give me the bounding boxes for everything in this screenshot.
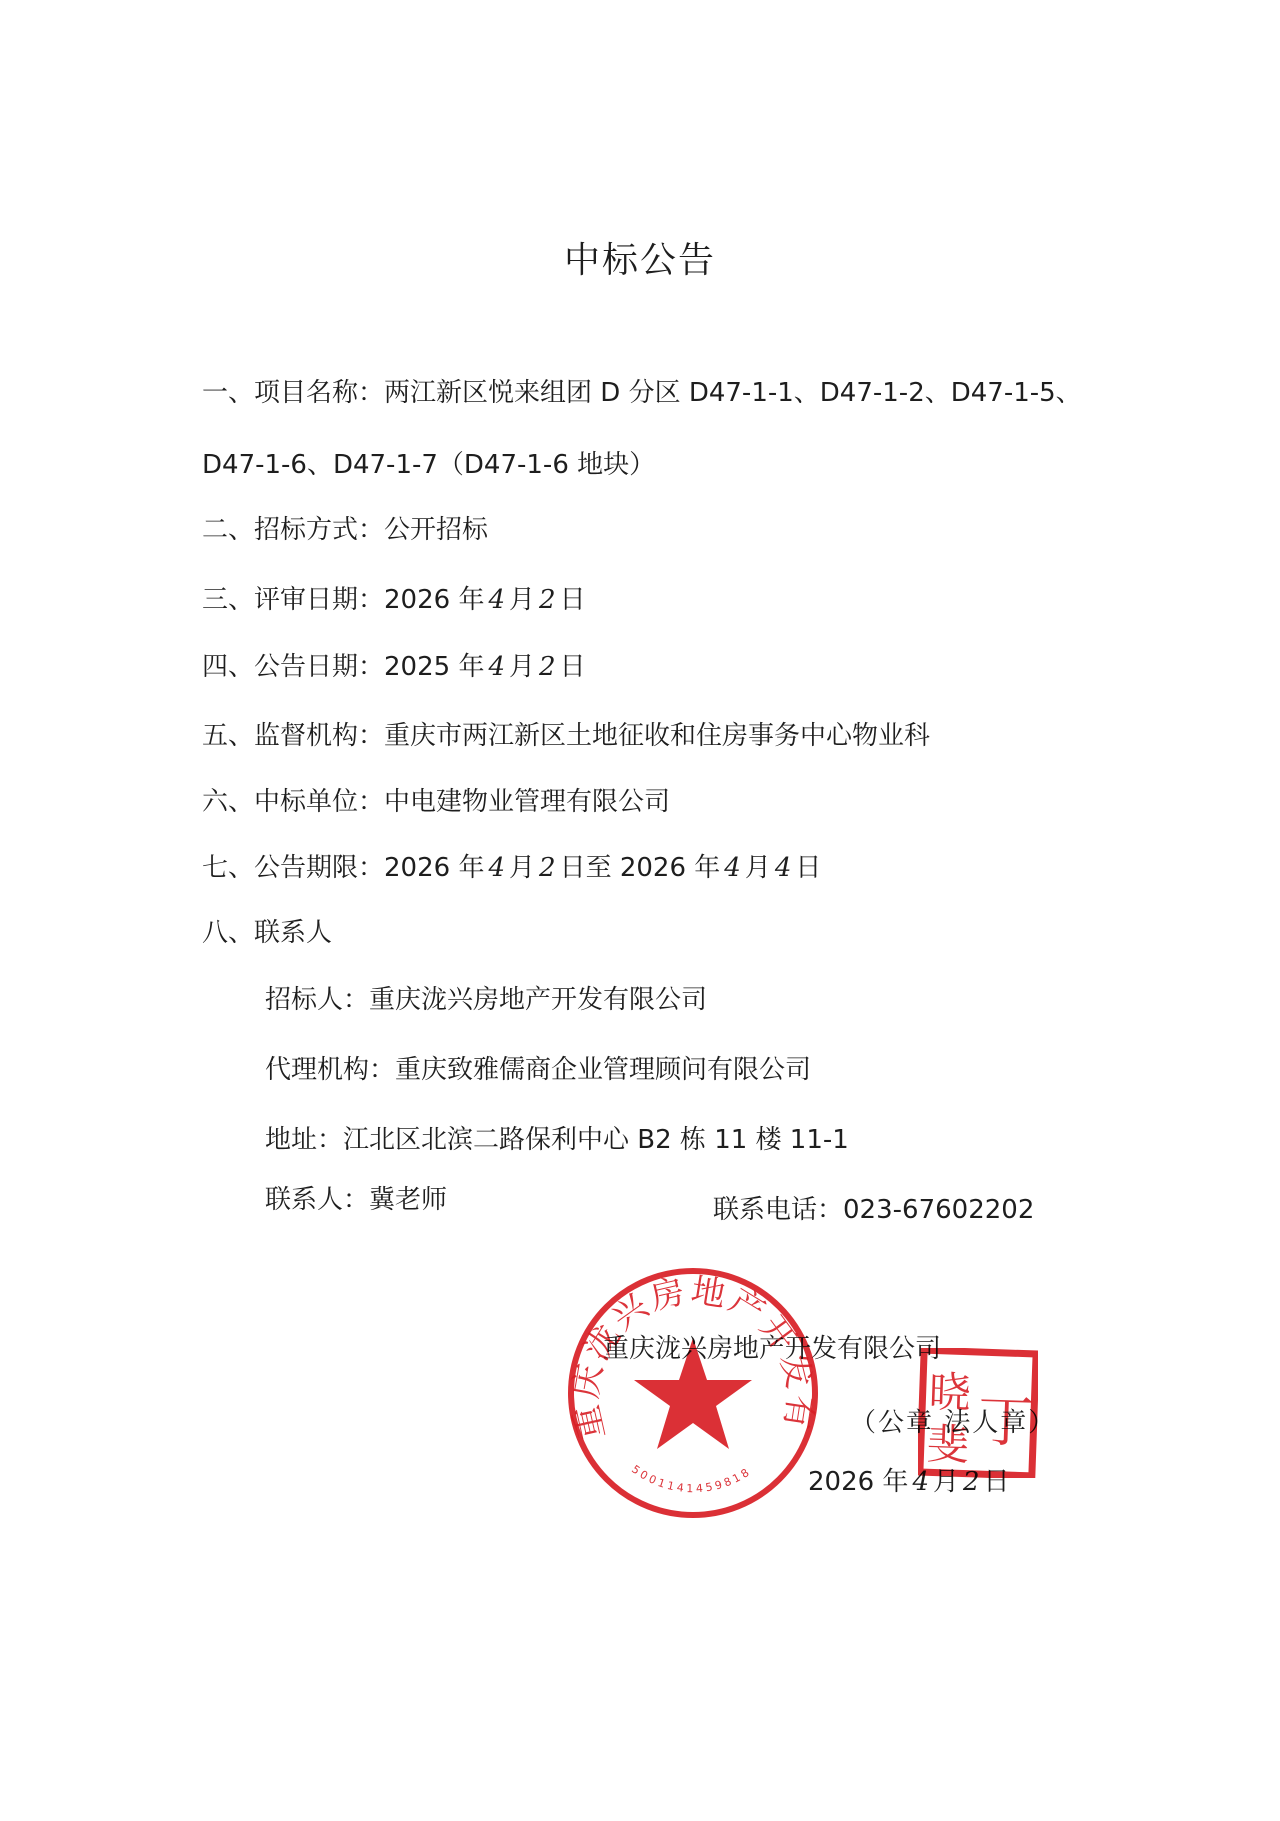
contact-value: 冀老师 <box>369 1185 447 1215</box>
square-seal-char-1: 晓 <box>928 1367 972 1417</box>
page-title: 中标公告 <box>0 232 1280 283</box>
company-seal-icon: 重庆泷兴房地产开发有限公司 5001141459818 <box>566 1266 820 1520</box>
item-review-date: 三、评审日期：2026 年4月2日 <box>202 584 586 616</box>
item-contacts-heading: 八、联系人 <box>202 917 332 949</box>
handwritten-month: 4 <box>484 651 509 683</box>
item-value: 公开招标 <box>384 515 488 545</box>
item-tender-method: 二、招标方式：公开招标 <box>202 514 488 546</box>
contact-phone: 联系电话：023-67602202 <box>713 1194 1034 1226</box>
item-label: 八、联系人 <box>202 918 332 948</box>
day-unit: 日 <box>795 853 821 883</box>
square-seal-char-3: 丁 <box>977 1389 1035 1456</box>
contact-value: 江北区北滨二路保利中心 B2 栋 11 楼 11-1 <box>343 1125 849 1155</box>
square-seal-char-2: 斐 <box>926 1419 970 1469</box>
month-unit: 月 <box>509 853 535 883</box>
date-year: 2026 年 <box>384 585 484 615</box>
contact-label: 地址： <box>265 1125 343 1155</box>
item-label: 二、招标方式： <box>202 515 384 545</box>
item-label: 六、中标单位： <box>202 787 384 817</box>
item-value: 两江新区悦来组团 D 分区 D47-1-1、D47-1-2、D47-1-5、 <box>384 378 1082 408</box>
contact-address: 地址：江北区北滨二路保利中心 B2 栋 11 楼 11-1 <box>265 1124 849 1156</box>
contact-value: 023-67602202 <box>843 1195 1034 1225</box>
contact-label: 联系电话： <box>713 1195 843 1225</box>
day-unit: 日至 <box>560 853 612 883</box>
item-announcement-date: 四、公告日期：2025 年4月2日 <box>202 651 586 683</box>
item-winning-bidder: 六、中标单位：中电建物业管理有限公司 <box>202 786 670 818</box>
item-label: 三、评审日期： <box>202 585 384 615</box>
document-page: 中标公告 一、项目名称：两江新区悦来组团 D 分区 D47-1-1、D47-1-… <box>0 0 1280 1821</box>
item-value: 重庆市两江新区土地征收和住房事务中心物业科 <box>384 721 930 751</box>
month-unit: 月 <box>745 853 771 883</box>
day-unit: 日 <box>560 652 586 682</box>
item-announcement-period: 七、公告期限：2026 年4月2日至 2026 年4月4日 <box>202 852 821 884</box>
round-seal-code: 5001141459818 <box>629 1463 754 1496</box>
star-icon <box>634 1338 752 1449</box>
month-unit: 月 <box>509 652 535 682</box>
legal-rep-seal-icon: 晓 斐 丁 <box>918 1348 1038 1478</box>
contact-label: 代理机构： <box>265 1055 395 1085</box>
handwritten-end-day: 4 <box>771 852 796 884</box>
contact-label: 招标人： <box>265 985 369 1015</box>
month-unit: 月 <box>509 585 535 615</box>
handwritten-day: 2 <box>535 651 560 683</box>
contact-value: 重庆致雅儒商企业管理顾问有限公司 <box>395 1055 811 1085</box>
item-project-name-continued: D47-1-6、D47-1-7（D47-1-6 地块） <box>202 449 655 481</box>
item-value: 中电建物业管理有限公司 <box>384 787 670 817</box>
item-supervisor: 五、监督机构：重庆市两江新区土地征收和住房事务中心物业科 <box>202 720 930 752</box>
handwritten-start-month: 4 <box>484 852 509 884</box>
end-year: 2026 年 <box>620 853 720 883</box>
handwritten-end-month: 4 <box>720 852 745 884</box>
handwritten-start-day: 2 <box>535 852 560 884</box>
item-label: 四、公告日期： <box>202 652 384 682</box>
contact-label: 联系人： <box>265 1185 369 1215</box>
svg-text:5001141459818: 5001141459818 <box>629 1463 754 1496</box>
contact-tenderer: 招标人：重庆泷兴房地产开发有限公司 <box>265 984 707 1016</box>
item-label: 一、项目名称： <box>202 378 384 408</box>
contact-agency: 代理机构：重庆致雅儒商企业管理顾问有限公司 <box>265 1054 811 1086</box>
item-value: D47-1-6、D47-1-7（D47-1-6 地块） <box>202 450 655 480</box>
start-year: 2026 年 <box>384 853 484 883</box>
handwritten-day: 2 <box>535 584 560 616</box>
contact-value: 重庆泷兴房地产开发有限公司 <box>369 985 707 1015</box>
day-unit: 日 <box>560 585 586 615</box>
date-year: 2026 年 <box>808 1467 908 1497</box>
item-project-name: 一、项目名称：两江新区悦来组团 D 分区 D47-1-1、D47-1-2、D47… <box>202 377 1082 409</box>
item-label: 七、公告期限： <box>202 853 384 883</box>
item-label: 五、监督机构： <box>202 721 384 751</box>
contact-person: 联系人：冀老师 <box>265 1184 447 1216</box>
handwritten-month: 4 <box>484 584 509 616</box>
date-year: 2025 年 <box>384 652 484 682</box>
